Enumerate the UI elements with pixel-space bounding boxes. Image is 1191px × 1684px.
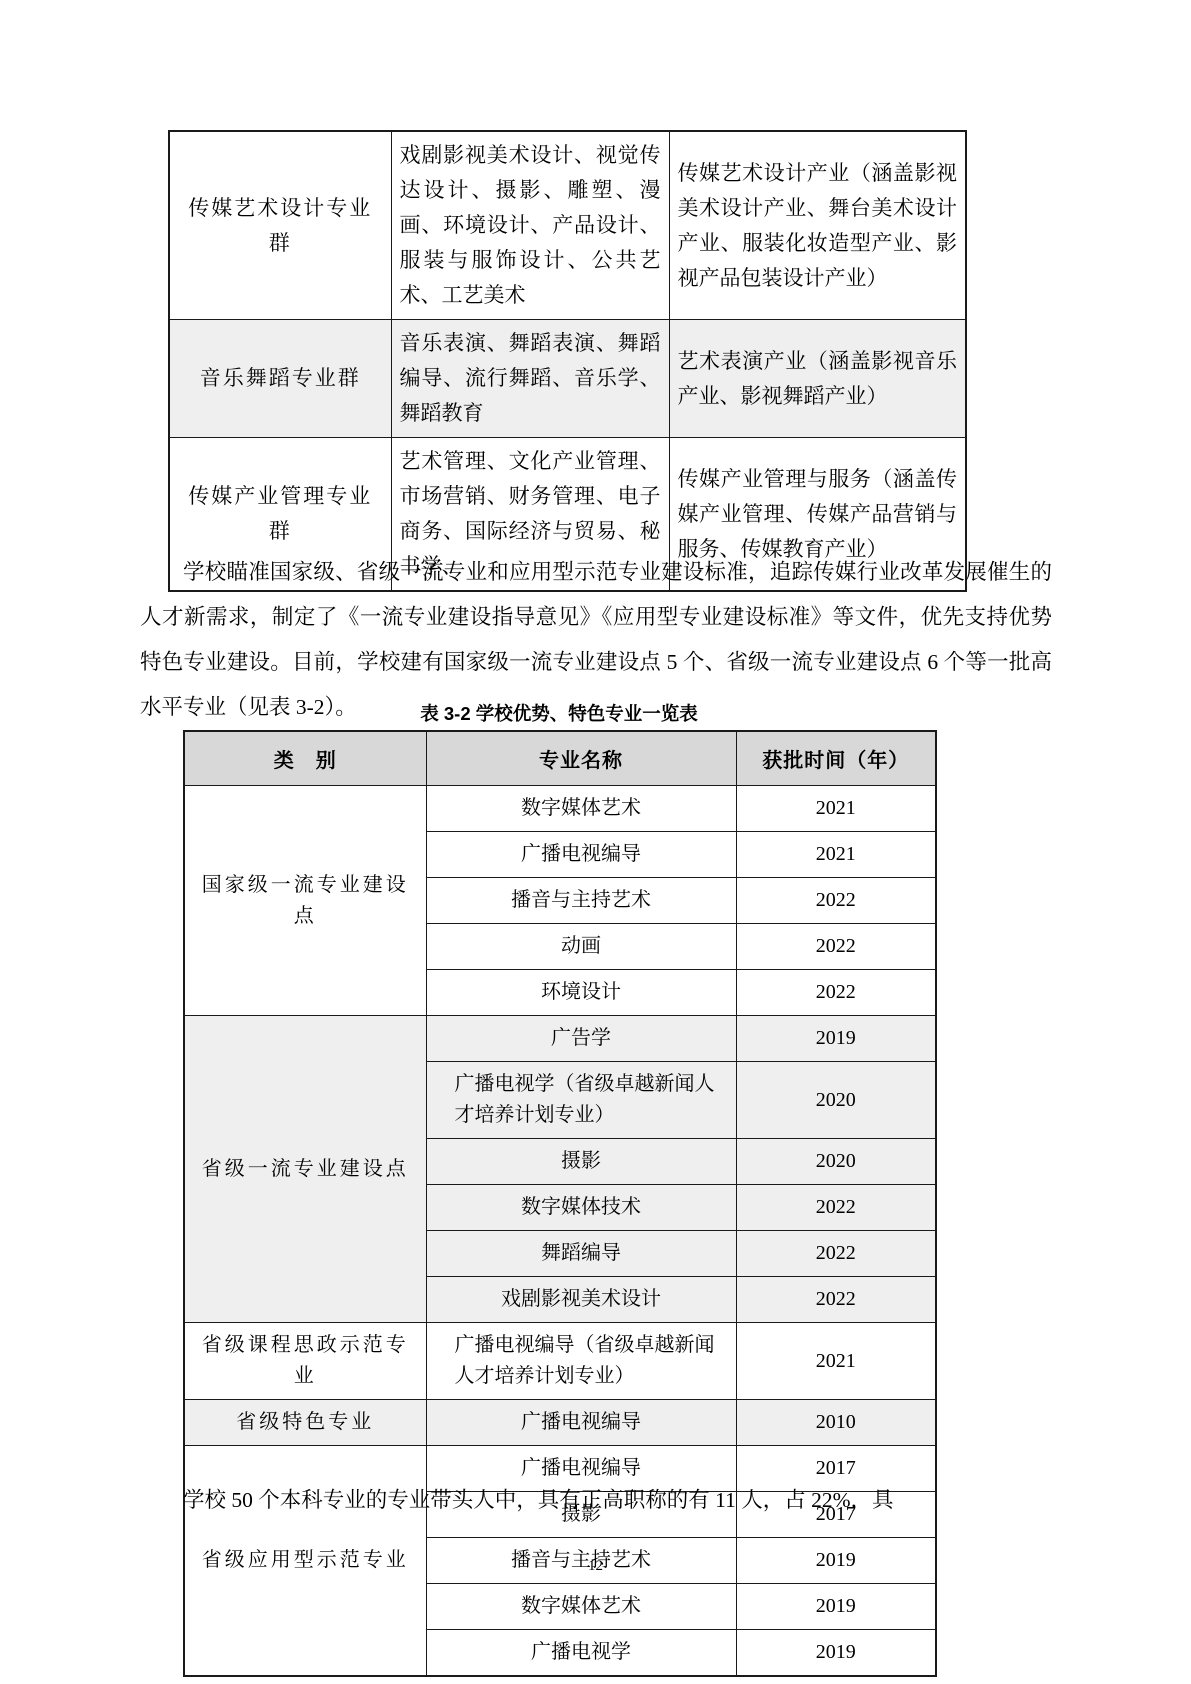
table-row: 省级一流专业建设点 广告学 2019: [184, 1016, 936, 1062]
majors-cell: 音乐表演、舞蹈表演、舞蹈编导、流行舞蹈、音乐学、舞蹈教育: [391, 320, 669, 438]
page-number: 12: [0, 1558, 1191, 1575]
major-name-cell: 广播电视编导: [426, 832, 736, 878]
industries-cell: 传媒艺术设计产业（涵盖影视美术设计产业、舞台美术设计产业、服装化妆造型产业、影视…: [669, 131, 966, 320]
major-name-cell: 数字媒体艺术: [426, 1584, 736, 1630]
approval-year-cell: 2022: [736, 1277, 936, 1323]
major-name-cell: 动画: [426, 924, 736, 970]
table-row-media-art-design-group: 传媒艺术设计专业群 戏剧影视美术设计、视觉传达设计、摄影、雕塑、漫画、环境设计、…: [169, 131, 966, 320]
major-name-cell: 戏剧影视美术设计: [426, 1277, 736, 1323]
major-name-cell: 数字媒体技术: [426, 1185, 736, 1231]
major-groups-table: 传媒艺术设计专业群 戏剧影视美术设计、视觉传达设计、摄影、雕塑、漫画、环境设计、…: [168, 130, 967, 592]
table-row: 国家级一流专业建设点 数字媒体艺术 2021: [184, 786, 936, 832]
major-name-cell: 播音与主持艺术: [426, 878, 736, 924]
major-name-cell: 数字媒体艺术: [426, 786, 736, 832]
column-header-major-name: 专业名称: [426, 731, 736, 786]
approval-year-cell: 2010: [736, 1400, 936, 1446]
approval-year-cell: 2022: [736, 1231, 936, 1277]
column-header-category: 类 别: [184, 731, 426, 786]
major-name-cell: 舞蹈编导: [426, 1231, 736, 1277]
approval-year-cell: 2022: [736, 924, 936, 970]
approval-year-cell: 2022: [736, 970, 936, 1016]
category-cell-provincial-first-class: 省级一流专业建设点: [184, 1016, 426, 1323]
category-cell-provincial-featured: 省级特色专业: [184, 1400, 426, 1446]
featured-majors-table: 类 别 专业名称 获批时间（年） 国家级一流专业建设点 数字媒体艺术 2021 …: [183, 730, 937, 1677]
approval-year-cell: 2019: [736, 1016, 936, 1062]
approval-year-cell: 2021: [736, 1323, 936, 1400]
document-page: 传媒艺术设计专业群 戏剧影视美术设计、视觉传达设计、摄影、雕塑、漫画、环境设计、…: [0, 0, 1191, 1684]
major-name-cell: 广告学: [426, 1016, 736, 1062]
category-cell-national-first-class: 国家级一流专业建设点: [184, 786, 426, 1016]
major-name-cell: 广播电视学（省级卓越新闻人才培养计划专业）: [426, 1062, 736, 1139]
column-header-approval-year: 获批时间（年）: [736, 731, 936, 786]
category-cell-provincial-curriculum-demo: 省级课程思政示范专业: [184, 1323, 426, 1400]
major-name-cell: 广播电视编导（省级卓越新闻人才培养计划专业）: [426, 1323, 736, 1400]
major-name-cell: 广播电视编导: [426, 1400, 736, 1446]
approval-year-cell: 2021: [736, 832, 936, 878]
approval-year-cell: 2021: [736, 786, 936, 832]
major-name-cell: 广播电视学: [426, 1630, 736, 1677]
group-name-cell: 音乐舞蹈专业群: [169, 320, 391, 438]
approval-year-cell: 2019: [736, 1630, 936, 1677]
approval-year-cell: 2020: [736, 1062, 936, 1139]
major-name-cell: 环境设计: [426, 970, 736, 1016]
majors-cell: 戏剧影视美术设计、视觉传达设计、摄影、雕塑、漫画、环境设计、产品设计、服装与服饰…: [391, 131, 669, 320]
table-3-2-caption: 表 3-2 学校优势、特色专业一览表: [183, 702, 935, 726]
approval-year-cell: 2019: [736, 1584, 936, 1630]
industries-cell: 艺术表演产业（涵盖影视音乐产业、影视舞蹈产业）: [669, 320, 966, 438]
major-name-cell: 摄影: [426, 1139, 736, 1185]
approval-year-cell: 2020: [736, 1139, 936, 1185]
table-row: 省级特色专业 广播电视编导 2010: [184, 1400, 936, 1446]
table-row-music-dance-group: 音乐舞蹈专业群 音乐表演、舞蹈表演、舞蹈编导、流行舞蹈、音乐学、舞蹈教育 艺术表…: [169, 320, 966, 438]
approval-year-cell: 2022: [736, 878, 936, 924]
group-name-cell: 传媒艺术设计专业群: [169, 131, 391, 320]
table-row: 省级课程思政示范专业 广播电视编导（省级卓越新闻人才培养计划专业） 2021: [184, 1323, 936, 1400]
body-paragraph-2: 学校 50 个本科专业的专业带头人中，具有正高职称的有 11 人，占 22%，具: [140, 1478, 1052, 1523]
approval-year-cell: 2022: [736, 1185, 936, 1231]
header-row: 类 别 专业名称 获批时间（年）: [184, 731, 936, 786]
